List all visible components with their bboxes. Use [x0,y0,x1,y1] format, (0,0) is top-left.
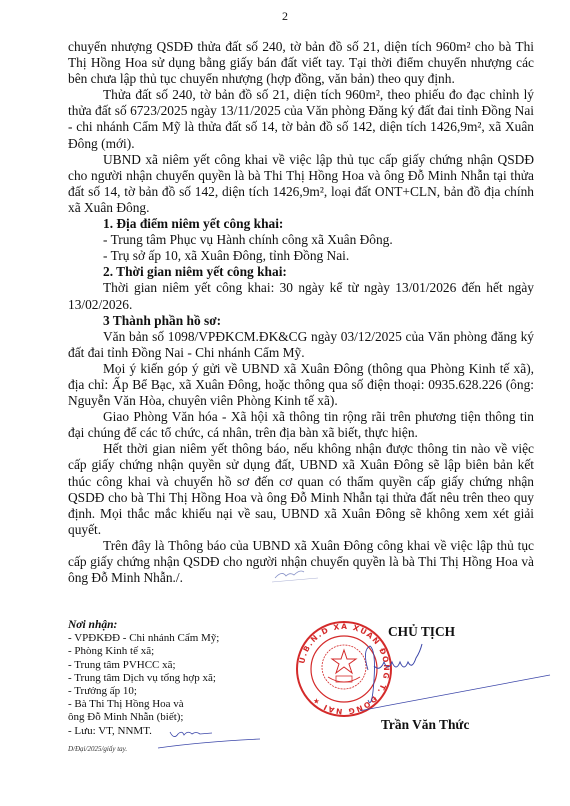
section3-heading: 3 Thành phần hồ sơ: [68,313,534,329]
recipient-item: - VPĐKĐĐ - Chi nhánh Cẩm Mỹ; [68,632,288,645]
signatory-name: Trần Văn Thức [381,717,469,733]
recipient-item: - Phòng Kinh tế xã; [68,645,288,658]
section2-heading: 2. Thời gian niêm yết công khai: [68,264,534,280]
recipient-item: - Bà Thi Thị Hồng Hoa và [68,698,288,711]
section1-item: - Trung tâm Phục vụ Hành chính công xã X… [68,232,534,248]
page-number: 2 [0,9,570,24]
paragraph-contact: Mọi ý kiến góp ý gửi về UBND xã Xuân Đôn… [68,361,534,409]
recipient-item: - Trưởng ấp 10; [68,685,288,698]
recipient-item: - Trung tâm PVHCC xã; [68,659,288,672]
section1-item: - Trụ sở ấp 10, xã Xuân Đông, tỉnh Đồng … [68,248,534,264]
initial-mark-icon [270,566,330,586]
document-body: chuyển nhượng QSDĐ thửa đất số 240, tờ b… [68,39,534,586]
signatory-title: CHỦ TỊCH [388,624,455,640]
paragraph-transfer: chuyển nhượng QSDĐ thửa đất số 240, tờ b… [68,39,534,87]
recipient-item: ông Đỗ Minh Nhẫn (biết); [68,711,288,724]
paragraph-end: Hết thời gian niêm yết thông báo, nếu kh… [68,441,534,538]
recipients-title: Nơi nhận: [68,619,288,632]
section2-text: Thời gian niêm yết công khai: 30 ngày kể… [68,280,534,312]
paragraph-culture: Giao Phòng Văn hóa - Xã hội xã thông tin… [68,409,534,441]
initials-signature-icon [150,726,270,756]
paragraph-parcel: Thửa đất số 240, tờ bản đồ số 21, diện t… [68,87,534,151]
section3-text: Văn bản số 1098/VPĐKCM.ĐK&CG ngày 03/12/… [68,329,534,361]
paragraph-announcement: UBND xã niêm yết công khai về việc lập t… [68,152,534,216]
recipient-item: - Trung tâm Dịch vụ tổng hợp xã; [68,672,288,685]
section1-heading: 1. Địa điểm niêm yết công khai: [68,216,534,232]
